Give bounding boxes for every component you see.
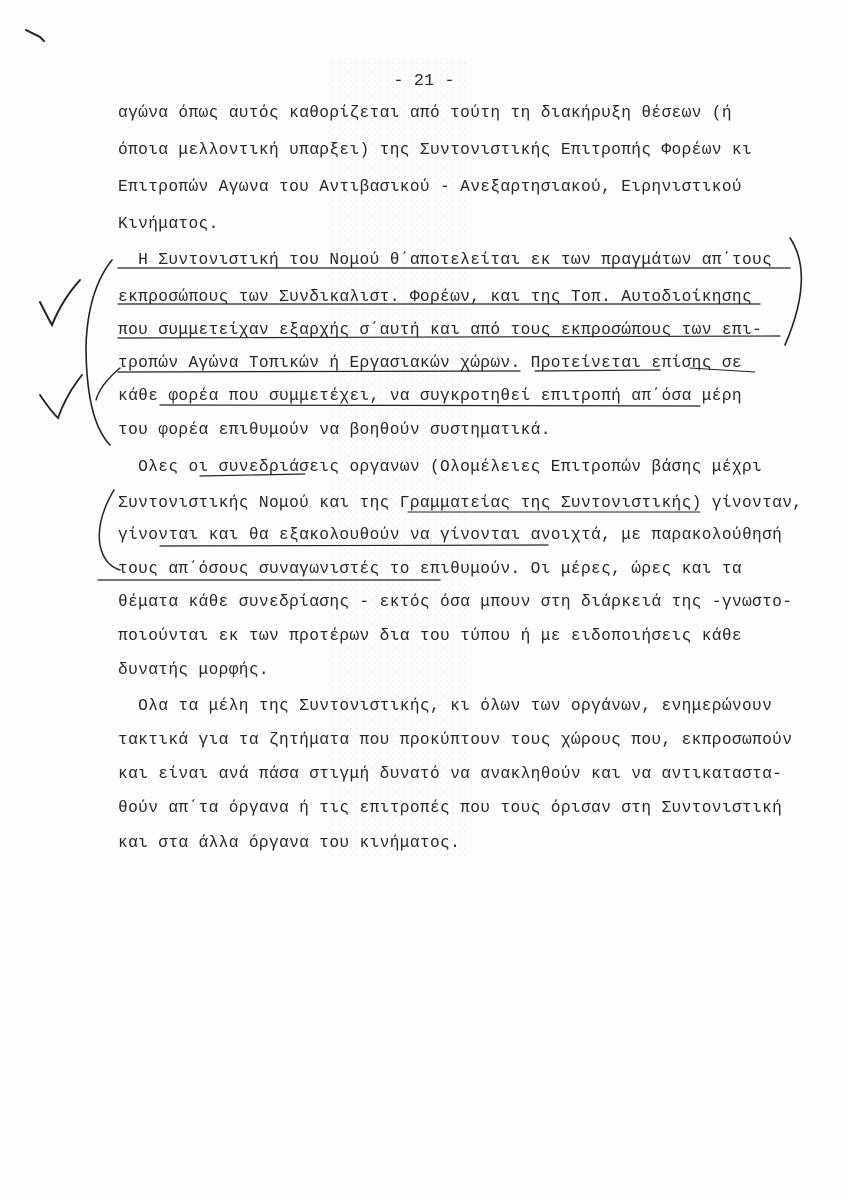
- text-line: θούν απ΄τα όργανα ή τις επιτροπές που το…: [118, 799, 782, 817]
- bracket: [86, 260, 112, 445]
- text-line: δυνατής μορφής.: [118, 661, 269, 679]
- bracket: [785, 238, 801, 345]
- text-line: που συμμετείχαν εξαρχής σ΄αυτή και από τ…: [118, 321, 762, 339]
- text-line: τακτικά για τα ζητήματα που προκύπτουν τ…: [118, 731, 792, 749]
- text-line: Ολες οι συνεδριάσεις οργανων (Ολομέλειες…: [118, 458, 762, 476]
- text-line: εκπροσώπους των Συνδικαλιστ. Φορέων, και…: [118, 288, 752, 306]
- text-line: αγώνα όπως αυτός καθορίζεται από τούτη τ…: [118, 104, 732, 122]
- text-line: και στα άλλα όργανα του κινήματος.: [118, 834, 460, 852]
- text-line: τους απ΄όσους συναγωνιστές το επιθυμούν.…: [118, 560, 742, 578]
- text-line: γίνονται και θα εξακολουθούν να γίνονται…: [118, 526, 782, 544]
- checkmark-icon: [40, 375, 82, 418]
- text-line: Η Συντονιστική του Νομού θ΄αποτελείται ε…: [118, 251, 772, 269]
- text-line: κάθε φορέα που συμμετέχει, να συγκροτηθε…: [118, 387, 742, 405]
- document-page: - 21 - αγώνα όπως αυτός καθορίζεται από …: [0, 0, 848, 1200]
- text-line: και είναι ανά πάσα στιγμή δυνατό να ανακ…: [118, 765, 782, 783]
- text-line: Ολα τα μέλη της Συντονιστικής, κι όλων τ…: [118, 697, 772, 715]
- text-line: Επιτροπών Αγωνα του Αντιβασικού - Ανεξαρ…: [118, 178, 742, 196]
- bracket: [96, 368, 120, 400]
- text-line: του φορέα επιθυμούν να βοηθούν συστηματι…: [118, 421, 551, 439]
- bracket: [99, 490, 120, 570]
- text-line: ποιούνται εκ των προτέρων δια του τύπου …: [118, 627, 742, 645]
- page-number: - 21 -: [0, 72, 848, 91]
- text-line: θέματα κάθε συνεδρίασης - εκτός όσα μπου…: [118, 593, 792, 611]
- text-line: Κινήματος.: [118, 215, 219, 233]
- checkmark-icon: [40, 280, 80, 325]
- text-line: Συντονιστικής Νομού και της Γραμματείας …: [118, 494, 802, 512]
- text-line: όποια μελλοντική υπαρξει) της Συντονιστι…: [118, 141, 752, 159]
- text-line: τροπών Αγώνα Τοπικών ή Εργασιακών χώρων.…: [118, 354, 742, 372]
